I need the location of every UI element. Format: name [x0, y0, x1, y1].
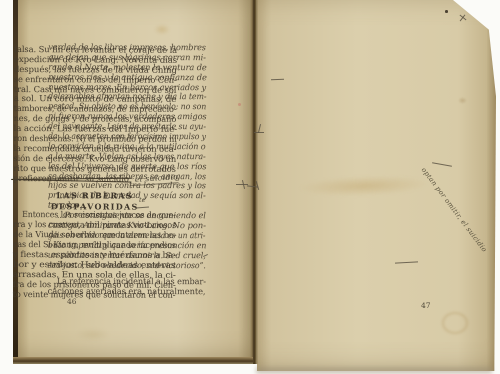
stain [154, 24, 170, 35]
handwritten-inline-correction: , el suicidio [128, 172, 178, 186]
bottom-page-edge [13, 357, 253, 364]
ink-speck [238, 103, 241, 106]
text-line: to veinte mujeres que solicitaron el con… [13, 290, 176, 301]
handwritten-correction-te: te [139, 196, 145, 204]
stain [76, 328, 110, 341]
stain [458, 97, 467, 104]
book-photo: verdad de los libros impresos, hombresqu… [0, 0, 500, 374]
stain-ring [442, 312, 468, 334]
page-number-right: 47 [421, 301, 431, 310]
pencil-margin-bracket [254, 132, 264, 133]
ink-speck [445, 10, 448, 13]
right-page-text: falsa. Su fin era levantar el coraje de … [13, 45, 177, 300]
section-heading: LAS RIBERAS DESPAVORIDAS [13, 190, 176, 202]
struck-printed-text: prefieren omitir: su suicidio [13, 174, 129, 185]
body-paragraph: falsa. Su fin era levantar el coraje de … [13, 45, 177, 174]
bottom-shadow [256, 367, 492, 374]
body-paragraph: Entonces los seiscientos juncos de gue-r… [13, 210, 176, 300]
struck-out-line: prefieren omitir: su suicidio, el suicid… [13, 174, 176, 185]
